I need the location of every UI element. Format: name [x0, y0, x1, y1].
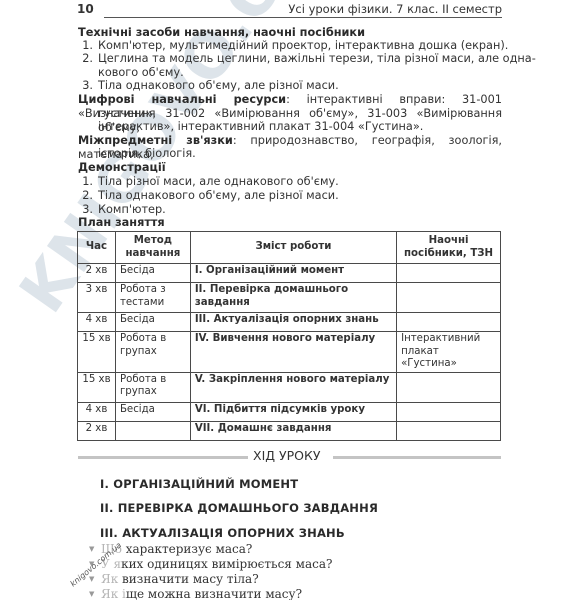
- item-text: Тіла однакового об'єму, але різної маси.: [98, 189, 339, 202]
- aids-cell: [397, 264, 501, 283]
- table-header-row: Час Метод навчання Зміст роботи Наочні п…: [78, 232, 501, 264]
- aids-cell: [397, 372, 501, 402]
- item-number: 3.: [78, 203, 93, 217]
- book-page: 10 Усі уроки фізики. 7 клас. ІІ семестр …: [0, 0, 571, 600]
- item-number: 2.: [78, 52, 93, 66]
- method-cell: Робота в групах: [115, 372, 190, 402]
- column-header-method: Метод навчання: [115, 232, 190, 264]
- table-row: 4 хвБесідаІІІ. Актуалізація опорних знан…: [78, 313, 501, 332]
- column-header-time: Час: [78, 232, 116, 264]
- section-heading: І. ОРГАНІЗАЦІЙНИЙ МОМЕНТ: [100, 477, 298, 491]
- header-rule: [104, 17, 502, 18]
- item-text: Комп'ютер, мультимедійний проектор, інте…: [98, 39, 508, 52]
- method-cell: [115, 421, 190, 440]
- table-row: 15 хвРобота в групахIV. Вивчення нового …: [78, 332, 501, 373]
- demonstration-item: 3.Комп'ютер.: [78, 203, 166, 217]
- content-cell: V. Закріплення нового матеріалу: [190, 372, 396, 402]
- question-text: характеризує маса?: [122, 542, 252, 556]
- method-cell: Робота в групах: [115, 332, 190, 373]
- digital-resources-line-3: інтерактив», інтерактивний плакат 31-004…: [98, 120, 423, 134]
- time-cell: 15 хв: [78, 372, 116, 402]
- table-row: 2 хвVII. Домашнє завдання: [78, 421, 501, 440]
- item-text: Тіла різної маси, але однакового об'єму.: [98, 175, 339, 188]
- interdisciplinary-label: Міжпредметні зв'язки: [78, 134, 233, 147]
- question-item: ▼Як іще можна визначити масу?: [89, 587, 302, 600]
- table-row: 2 хвБесідаІ. Організаційний момент: [78, 264, 501, 283]
- divider-left: [78, 456, 248, 459]
- time-cell: 4 хв: [78, 402, 116, 421]
- aids-cell: [397, 421, 501, 440]
- content-cell: ІІІ. Актуалізація опорних знань: [190, 313, 396, 332]
- item-text: Тіла однакового об'єму, але різної маси.: [98, 79, 339, 92]
- triangle-bullet-icon: ▼: [89, 575, 101, 583]
- item-number: 1.: [78, 39, 93, 53]
- table-row: 3 хвРобота з тестамиІІ. Перевірка домашн…: [78, 283, 501, 313]
- triangle-bullet-icon: ▼: [89, 545, 101, 553]
- time-cell: 2 хв: [78, 421, 116, 440]
- demonstrations-heading: Демонстрації: [78, 161, 166, 175]
- digital-resources-label: Цифрові навчальні ресурси: [78, 93, 286, 106]
- item-text: Цеглина та модель цеглини, важільні тере…: [98, 52, 536, 65]
- content-cell: І. Організаційний момент: [190, 264, 396, 283]
- method-cell: Бесіда: [115, 402, 190, 421]
- technical-item-1: 1.Комп'ютер, мультимедійний проектор, ін…: [78, 39, 508, 53]
- question-text-faded: Як: [101, 572, 118, 586]
- aids-cell: [397, 283, 501, 313]
- content-cell: IV. Вивчення нового матеріалу: [190, 332, 396, 373]
- technical-item-3: 3.Тіла однакового об'єму, але різної мас…: [78, 79, 339, 93]
- triangle-bullet-icon: ▼: [89, 590, 101, 598]
- table-row: 4 хвБесідаVI. Підбиття підсумків уроку: [78, 402, 501, 421]
- time-cell: 15 хв: [78, 332, 116, 373]
- demonstration-item: 1.Тіла різної маси, але однакового об'єм…: [78, 175, 339, 189]
- question-item: ▼У яких одиницях вимірюється маса?: [89, 557, 332, 571]
- column-header-aids: Наочні посібники, ТЗН: [397, 232, 501, 264]
- item-number: 3.: [78, 79, 93, 93]
- plan-heading: План заняття: [78, 216, 165, 230]
- lesson-plan-table: Час Метод навчання Зміст роботи Наочні п…: [77, 231, 501, 441]
- item-number: 2.: [78, 189, 93, 203]
- technical-item-2-continued: кового об'єму.: [98, 66, 184, 80]
- interdisciplinary-line-2: історія, біологія.: [98, 147, 196, 161]
- running-title: Усі уроки фізики. 7 клас. ІІ семестр: [288, 2, 502, 16]
- method-cell: Бесіда: [115, 313, 190, 332]
- table-row: 15 хвРобота в групахV. Закріплення новог…: [78, 372, 501, 402]
- time-cell: 3 хв: [78, 283, 116, 313]
- section-heading: ІІІ. АКТУАЛІЗАЦІЯ ОПОРНИХ ЗНАНЬ: [100, 526, 345, 540]
- question-text: ще можна визначити масу?: [126, 587, 302, 600]
- question-text: ких одиницях вимірюється маса?: [121, 557, 332, 571]
- method-cell: Бесіда: [115, 264, 190, 283]
- aids-cell: [397, 313, 501, 332]
- column-header-content: Зміст роботи: [190, 232, 396, 264]
- time-cell: 2 хв: [78, 264, 116, 283]
- item-number: 1.: [78, 175, 93, 189]
- page-number: 10: [77, 2, 94, 16]
- demonstration-item: 2.Тіла однакового об'єму, але різної мас…: [78, 189, 339, 203]
- section-heading: ІІ. ПЕРЕВІРКА ДОМАШНЬОГО ЗАВДАННЯ: [100, 501, 378, 515]
- aids-cell: Інтерактивний плакат «Густина»: [397, 332, 501, 373]
- content-cell: VI. Підбиття підсумків уроку: [190, 402, 396, 421]
- lesson-progress-title: ХІД УРОКУ: [253, 448, 320, 463]
- question-text: визначити масу тіла?: [118, 572, 258, 586]
- technical-heading: Технічні засоби навчання, наочні посібни…: [78, 26, 365, 40]
- content-cell: ІІ. Перевірка домашнього завдання: [190, 283, 396, 313]
- time-cell: 4 хв: [78, 313, 116, 332]
- method-cell: Робота з тестами: [115, 283, 190, 313]
- question-text-faded: Як і: [101, 587, 126, 600]
- divider-right: [333, 456, 501, 459]
- question-item: ▼Як визначити масу тіла?: [89, 572, 259, 586]
- item-text: Комп'ютер.: [98, 203, 166, 216]
- technical-item-2: 2.Цеглина та модель цеглини, важільні те…: [78, 52, 536, 66]
- content-cell: VII. Домашнє завдання: [190, 421, 396, 440]
- aids-cell: [397, 402, 501, 421]
